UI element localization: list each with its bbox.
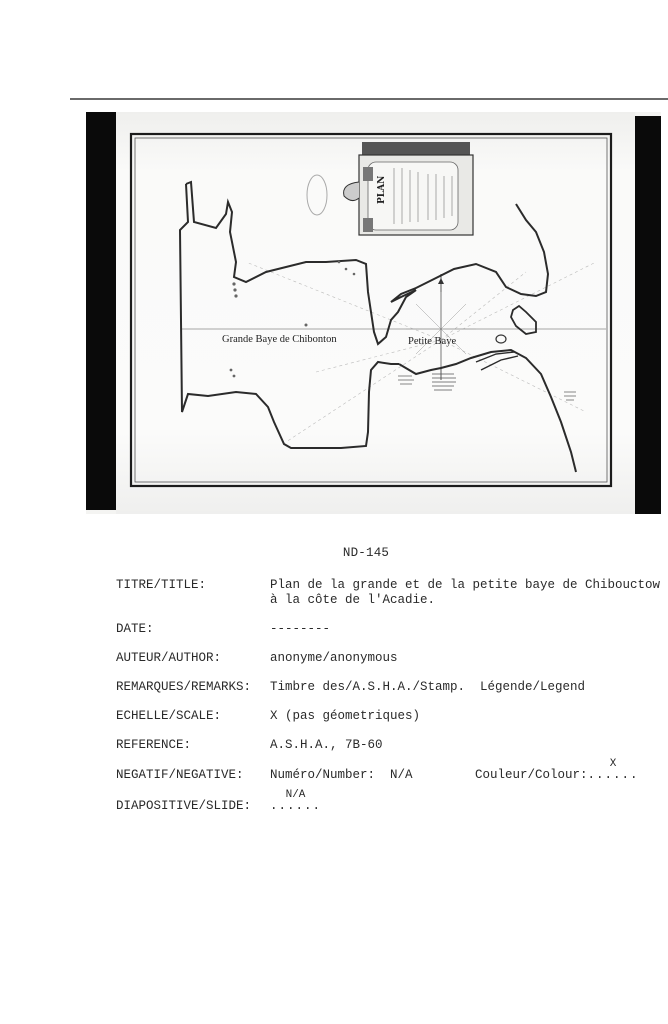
field-value: anonyme/anonymous [270,650,398,666]
colour-dots: X...... [588,767,639,783]
field-label: REFERENCE: [116,737,270,753]
label-petite-baye: Petite Baye [408,336,456,347]
field-value: X (pas géometriques) [270,708,420,724]
field-value: Numéro/Number: N/A [270,767,413,783]
field-value-line2: à la côte de l'Acadie. [270,592,435,608]
field-label: REMARQUES/REMARKS: [116,679,270,695]
small-island [496,335,506,343]
field-label: DIAPOSITIVE/SLIDE: [116,798,270,814]
spit [476,352,514,362]
cartouche-title: PLAN [377,176,387,204]
slide-mark: N/A [270,787,321,803]
rhumb-lines [246,262,596,442]
top-divider-line [70,98,668,100]
coastline-south-east [399,350,576,472]
field-label: AUTEUR/AUTHOR: [116,650,270,666]
rocks [230,261,356,378]
colour-field: Couleur/Colour:X...... [475,767,639,783]
field-value: Plan de la grande et de la petite baye d… [270,577,660,593]
cartouche-icon: PLAN [344,142,473,235]
field-label: TITRE/TITLE: [116,577,270,593]
field-value: Timbre des/A.S.H.A./Stamp. Légende/Legen… [270,679,585,695]
film-edge-left [86,112,116,510]
colour-label: Couleur/Colour: [475,768,588,782]
field-value: N/A...... [270,798,321,814]
label-grande-baye: Grande Baye de Chibonton [222,334,337,345]
slide-dots: N/A...... [270,798,321,814]
film-edge-right [635,116,661,514]
field-label: DATE: [116,621,270,637]
document-id: ND-145 [0,546,668,560]
field-value: A.S.H.A., 7B-60 [270,737,383,753]
island [511,306,536,334]
historical-map: PLAN Grande Baye de Chibonton Petite Bay… [116,112,635,514]
field-label: ECHELLE/SCALE: [116,708,270,724]
field-label: NEGATIF/NEGATIVE: [116,767,270,783]
colour-mark: X [588,756,639,772]
shoal-hatching [398,374,576,400]
field-value: -------- [270,621,330,637]
archive-stamp-icon [307,175,327,215]
